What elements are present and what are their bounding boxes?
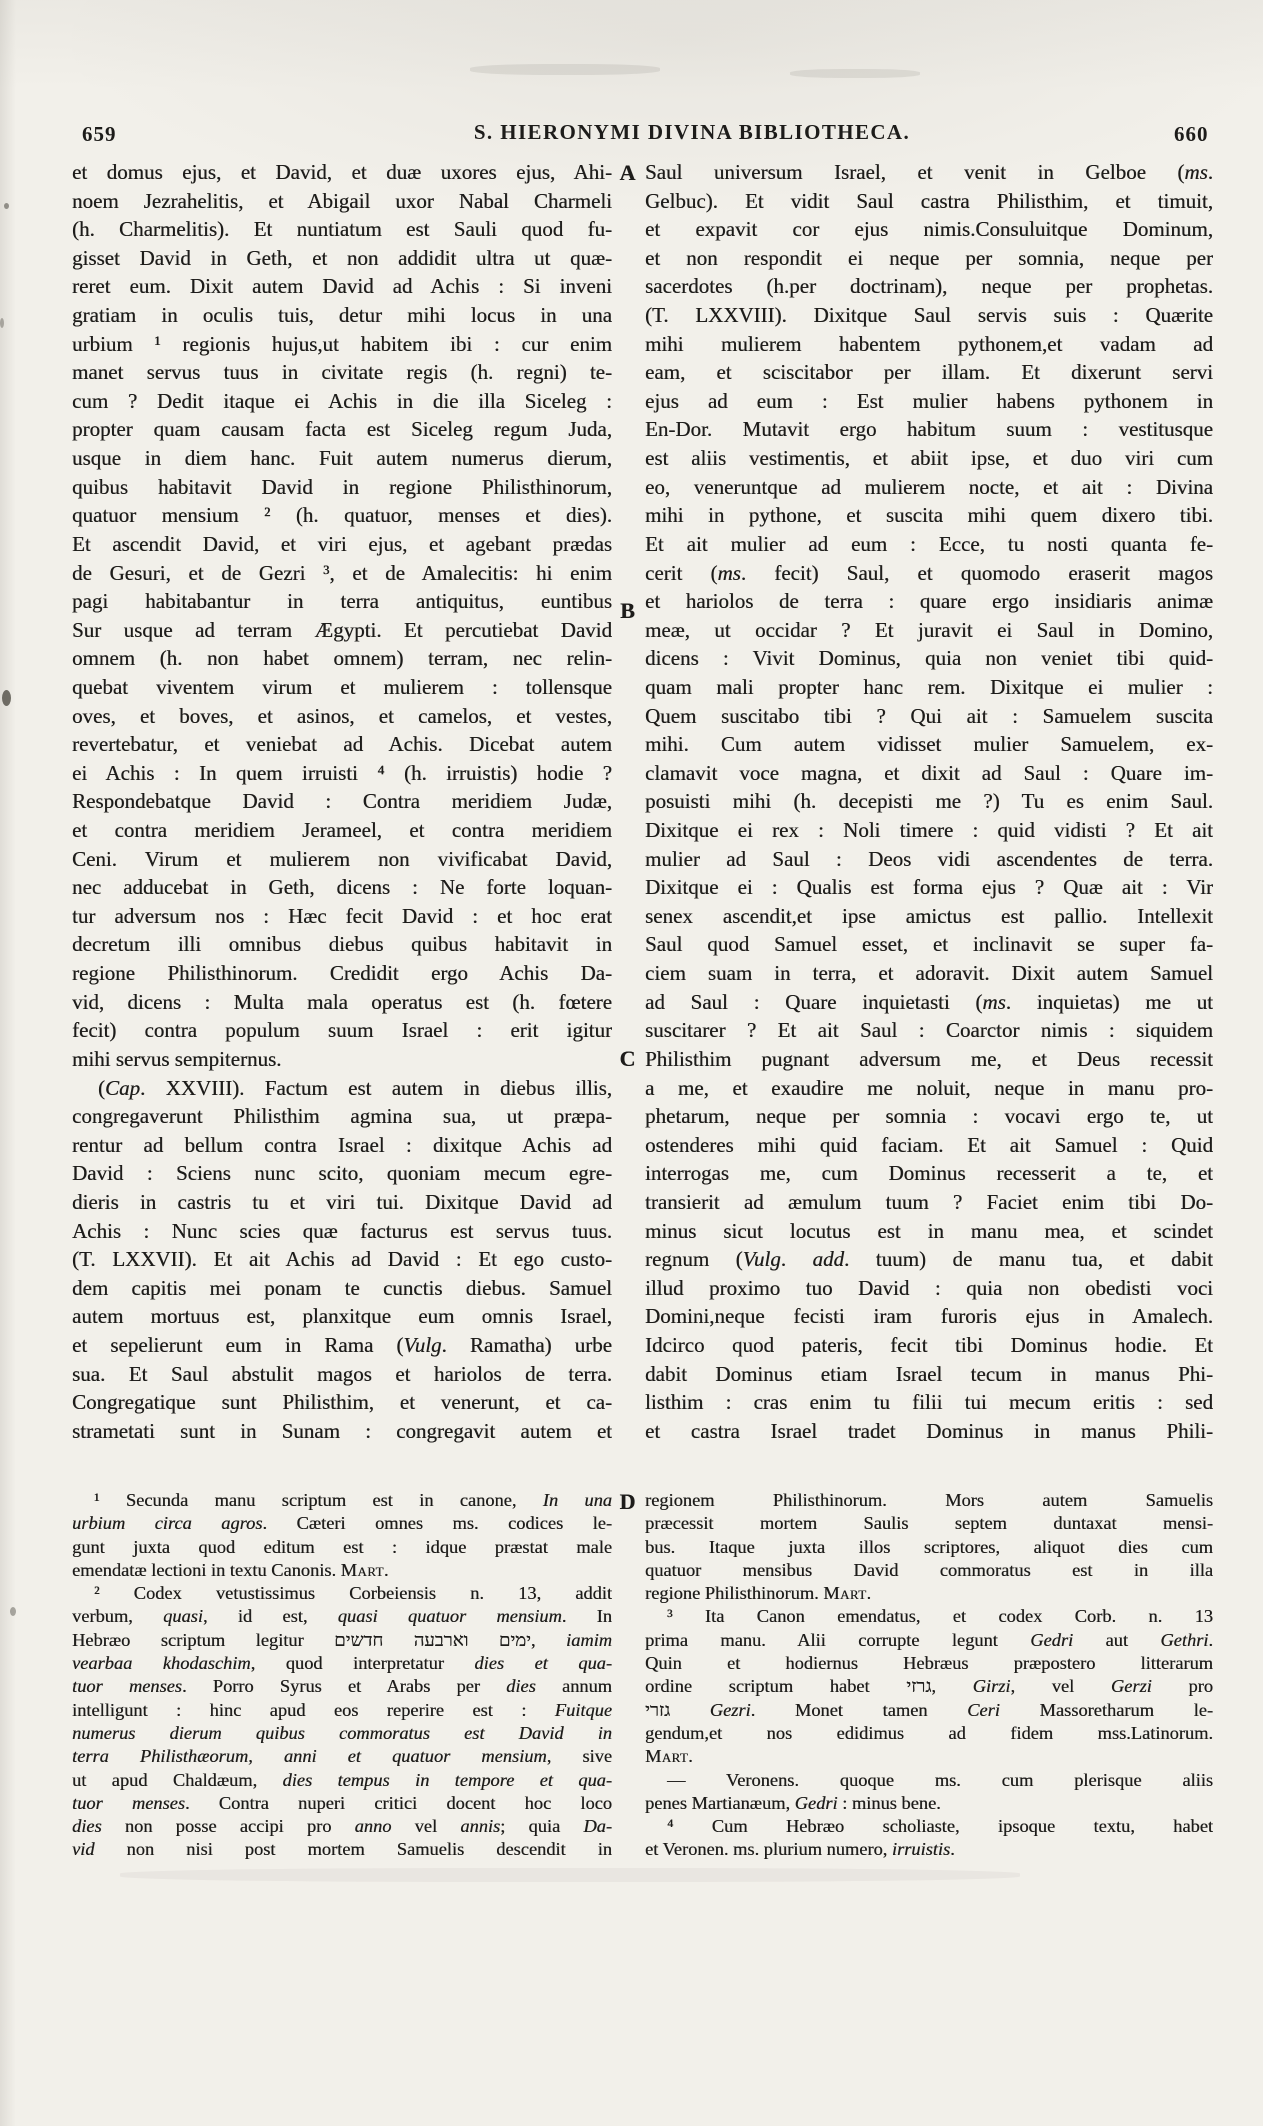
text-line: fecit) contra populum suum Israel : erit…: [72, 1016, 612, 1045]
text-line: nec adducebat in Geth, dicens : Ne forte…: [72, 873, 612, 902]
scan-smudge: [470, 64, 660, 75]
text-line: propter quam causam facta est Siceleg re…: [72, 415, 612, 444]
text-line: terra Philisthæorum, anni et quatuor men…: [72, 1745, 612, 1768]
text-line: transierit ad æmulum tuum ? Faciet enim …: [645, 1188, 1213, 1217]
text-line: et hariolos de terra : quare ergo insidi…: [645, 587, 1213, 616]
text-line: suscitarer ? Et ait Saul : Coarctor nimi…: [645, 1016, 1213, 1045]
text-line: mihi servus sempiternus.: [72, 1045, 612, 1074]
text-line: tur adversum nos : Hæc fecit David : et …: [72, 902, 612, 931]
text-line: et expavit cor ejus nimis.Consuluitque D…: [645, 215, 1213, 244]
text-line: numerus dierum quibus commoratus est Dav…: [72, 1722, 612, 1745]
text-line: senex ascendit,et ipse amictus est palli…: [645, 902, 1213, 931]
main-text-right-column: Saul universum Israel, et venit in Gelbo…: [645, 158, 1213, 1445]
text-line: regionem Philisthinorum. Mors autem Samu…: [645, 1489, 1213, 1512]
text-line: dicens : Vivit Dominus, quia non veniet …: [645, 644, 1213, 673]
text-line: autem mortuus est, planxitque eum omnis …: [72, 1302, 612, 1331]
text-line: prima manu. Alii corrupte legunt Gedri a…: [645, 1629, 1213, 1652]
text-line: (T. LXXVIII). Dixitque Saul servis suis …: [645, 301, 1213, 330]
text-line: quam mali propter hanc rem. Dixitque ei …: [645, 673, 1213, 702]
main-text-left-column: et domus ejus, et David, et duæ uxores e…: [72, 158, 612, 1445]
text-line: tuor menses. Contra nuperi critici docen…: [72, 1792, 612, 1815]
scan-smudge: [120, 1868, 1020, 1882]
text-line: En-Dor. Mutavit ergo habitum suum : vest…: [645, 415, 1213, 444]
section-marker-b: B: [614, 598, 641, 624]
text-line: Quem suscitabo tibi ? Qui ait : Samuelem…: [645, 702, 1213, 731]
text-line: cum ? Dedit itaque ei Achis in die illa …: [72, 387, 612, 416]
text-line: congregaverunt Philisthim agmina sua, ut…: [72, 1102, 612, 1131]
text-line: decretum illi omnibus diebus quibus habi…: [72, 930, 612, 959]
scan-smudge: [790, 69, 920, 78]
text-line: quatuor mensium ² (h. quatuor, menses et…: [72, 501, 612, 530]
text-line: penes Martianæum, Gedri : minus bene.: [645, 1792, 1213, 1815]
section-marker-d: D: [614, 1489, 641, 1515]
text-line: bus. Itaque juxta illos scriptores, aliq…: [645, 1536, 1213, 1559]
scanned-book-page: 659 S. HIERONYMI DIVINA BIBLIOTHECA. 660…: [0, 0, 1263, 2126]
text-line: (T. LXXVII). Et ait Achis ad David : Et …: [72, 1245, 612, 1274]
text-line: omnem (h. non habet omnem) terram, nec r…: [72, 644, 612, 673]
scan-speck: [2, 690, 11, 706]
text-line: quebat viventem virum et mulierem : toll…: [72, 673, 612, 702]
text-line: regione Philisthinorum. Credidit ergo Ac…: [72, 959, 612, 988]
text-line: dem capitis mei ponam te cunctis diebus.…: [72, 1274, 612, 1303]
text-line: Ceni. Virum et mulierem non vivificabat …: [72, 845, 612, 874]
text-line: mihi mulierem habentem pythonem,et vadam…: [645, 330, 1213, 359]
text-line: mihi in pythone, et suscita mihi quem di…: [645, 501, 1213, 530]
footnotes-left-column: ¹ Secunda manu scriptum est in canone, I…: [72, 1489, 612, 1862]
text-line: regione Philisthinorum. Mart.: [645, 1582, 1213, 1605]
column-number-right: 660: [1174, 122, 1209, 147]
text-line: gendum,et nos edidimus ad fidem mss.Lati…: [645, 1722, 1213, 1745]
text-line: ³ Ita Canon emendatus, et codex Corb. n.…: [645, 1605, 1213, 1628]
text-line: ei Achis : In quem irruisti ⁴ (h. irruis…: [72, 759, 612, 788]
text-line: et sepelierunt eum in Rama (Vulg. Ramath…: [72, 1331, 612, 1360]
text-line: Dixitque ei : Qualis est forma ejus ? Qu…: [645, 873, 1213, 902]
text-line: Gelbuc). Et vidit Saul castra Philisthim…: [645, 187, 1213, 216]
text-line: strametati sunt in Sunam : congregavit a…: [72, 1417, 612, 1446]
text-line: manet servus tuus in civitate regis (h. …: [72, 358, 612, 387]
scan-speck: [10, 1607, 16, 1616]
text-line: ejus ad eum : Est mulier habens pythonem…: [645, 387, 1213, 416]
text-line: pagi habitabantur in terra antiquitus, e…: [72, 587, 612, 616]
text-line: urbium ¹ regionis hujus,ut habitem ibi :…: [72, 330, 612, 359]
text-line: sacerdotes (h.per doctrinam), neque per …: [645, 272, 1213, 301]
text-line: gunt juxta quod editum est : idque præst…: [72, 1536, 612, 1559]
text-line: ciem suam in terra, et adoravit. Dixit a…: [645, 959, 1213, 988]
text-line: est aliis vestimentis, et abiit ipse, et…: [645, 444, 1213, 473]
text-line: dies non posse accipi pro anno vel annis…: [72, 1815, 612, 1838]
text-line: Saul universum Israel, et venit in Gelbo…: [645, 158, 1213, 187]
text-line: Sur usque ad terram Ægypti. Et percutieb…: [72, 616, 612, 645]
text-line: clamavit voce magna, et dixit ad Saul : …: [645, 759, 1213, 788]
text-line: mihi. Cum autem vidisset mulier Samuelem…: [645, 730, 1213, 759]
text-line: vid, dicens : Multa mala operatus est (h…: [72, 988, 612, 1017]
text-line: Congregatique sunt Philisthim, et veneru…: [72, 1388, 612, 1417]
running-title: S. HIERONYMI DIVINA BIBLIOTHECA.: [474, 120, 910, 145]
section-marker-c: C: [614, 1046, 641, 1072]
text-line: vid non nisi post mortem Samuelis descen…: [72, 1838, 612, 1861]
text-line: Respondebatque David : Contra meridiem J…: [72, 787, 612, 816]
text-line: gisset David in Geth, et non addidit ult…: [72, 244, 612, 273]
text-line: mulier ad Saul : Deos vidi ascendentes d…: [645, 845, 1213, 874]
text-line: et domus ejus, et David, et duæ uxores e…: [72, 158, 612, 187]
text-line: reret eum. Dixit autem David ad Achis : …: [72, 272, 612, 301]
text-line: quibus habitavit David in regione Philis…: [72, 473, 612, 502]
text-line: (Cap. XXVIII). Factum est autem in diebu…: [72, 1074, 612, 1103]
text-line: Domini,neque fecisti iram furoris ejus i…: [645, 1302, 1213, 1331]
footnotes-right-column: regionem Philisthinorum. Mors autem Samu…: [645, 1489, 1213, 1862]
text-line: dieris in castris tu et viri tui. Dixitq…: [72, 1188, 612, 1217]
text-line: verbum, quasi, id est, quasi quatuor men…: [72, 1605, 612, 1628]
text-line: posuisti mihi (h. decepisti me ?) Tu es …: [645, 787, 1213, 816]
text-line: David : Sciens nunc scito, quoniam mecum…: [72, 1159, 612, 1188]
text-line: vearbaa khodaschim, quod interpretatur d…: [72, 1652, 612, 1675]
text-line: emendatæ lectioni in textu Canonis. Mart…: [72, 1559, 612, 1582]
text-line: cerit (ms. fecit) Saul, et quomodo erase…: [645, 559, 1213, 588]
text-line: et non respondit ei neque per somnia, ne…: [645, 244, 1213, 273]
text-line: Saul quod Samuel esset, et inclinavit se…: [645, 930, 1213, 959]
text-line: ² Codex vetustissimus Corbeiensis n. 13,…: [72, 1582, 612, 1605]
text-line: phetarum, neque per somnia : vocavi ergo…: [645, 1102, 1213, 1131]
text-line: illud proximo tuo David : quia non obedi…: [645, 1274, 1213, 1303]
text-line: Dixitque ei rex : Noli timere : quid vid…: [645, 816, 1213, 845]
text-line: Philisthim pugnant adversum me, et Deus …: [645, 1045, 1213, 1074]
scan-speck: [4, 203, 9, 209]
text-line: urbium circa agros. Cæteri omnes ms. cod…: [72, 1512, 612, 1535]
text-line: ad Saul : Quare inquietasti (ms. inquiet…: [645, 988, 1213, 1017]
text-line: ut apud Chaldæum, dies tempus in tempore…: [72, 1769, 612, 1792]
text-line: Idcirco quod pateris, fecit tibi Dominus…: [645, 1331, 1213, 1360]
text-line: ⁴ Cum Hebræo scholiaste, ipsoque textu, …: [645, 1815, 1213, 1838]
scan-speck: [0, 318, 4, 328]
text-line: listhim : cras enim tu filii tui mecum e…: [645, 1388, 1213, 1417]
text-line: meæ, ut occidar ? Et juravit ei Saul in …: [645, 616, 1213, 645]
text-line: eam, et sciscitabor per illam. Et dixeru…: [645, 358, 1213, 387]
text-line: a me, et exaudire me noluit, neque in ma…: [645, 1074, 1213, 1103]
text-line: rentur ad bellum contra Israel : dixitqu…: [72, 1131, 612, 1160]
text-line: גזרי Gezri. Monet tamen Ceri Massorethar…: [645, 1699, 1213, 1722]
text-line: regnum (Vulg. add. tuum) de manu tua, et…: [645, 1245, 1213, 1274]
text-line: minus sicut locutus est in manu mea, et …: [645, 1217, 1213, 1246]
text-line: gratiam in oculis tuis, detur mihi locus…: [72, 301, 612, 330]
text-line: oves, et boves, et asinos, et camelos, e…: [72, 702, 612, 731]
text-line: tuor menses. Porro Syrus et Arabs per di…: [72, 1675, 612, 1698]
text-line: — Veronens. quoque ms. cum plerisque ali…: [645, 1769, 1213, 1792]
text-line: ¹ Secunda manu scriptum est in canone, I…: [72, 1489, 612, 1512]
section-marker-a: A: [614, 160, 641, 186]
text-line: Hebræo scriptum legitur ימים וארבעה חדשי…: [72, 1629, 612, 1652]
text-line: præcessit mortem Saulis septem duntaxat …: [645, 1512, 1213, 1535]
column-number-left: 659: [82, 122, 117, 147]
text-line: Et ait mulier ad eum : Ecce, tu nosti qu…: [645, 530, 1213, 559]
text-line: Mart.: [645, 1745, 1213, 1768]
text-line: revertebatur, et veniebat ad Achis. Dice…: [72, 730, 612, 759]
text-line: (h. Charmelitis). Et nuntiatum est Sauli…: [72, 215, 612, 244]
text-line: et Veronen. ms. plurium numero, irruisti…: [645, 1838, 1213, 1861]
text-line: sua. Et Saul abstulit magos et hariolos …: [72, 1360, 612, 1389]
text-line: quatuor mensibus David commoratus est in…: [645, 1559, 1213, 1582]
text-line: eo, veneruntque ad mulierem nocte, et ai…: [645, 473, 1213, 502]
text-line: ostenderes mihi quid faciam. Et ait Samu…: [645, 1131, 1213, 1160]
text-line: et contra meridiem Jerameel, et contra m…: [72, 816, 612, 845]
text-line: intelligunt : hinc apud eos reperire est…: [72, 1699, 612, 1722]
text-line: et castra Israel tradet Dominus in manus…: [645, 1417, 1213, 1446]
text-line: de Gesuri, et de Gezri ³, et de Amalecit…: [72, 559, 612, 588]
text-line: noem Jezrahelitis, et Abigail uxor Nabal…: [72, 187, 612, 216]
text-line: Quin et hodiernus Hebræus præpostero lit…: [645, 1652, 1213, 1675]
text-line: interrogas me, cum Dominus recesserit a …: [645, 1159, 1213, 1188]
text-line: Et ascendit David, et viri ejus, et ageb…: [72, 530, 612, 559]
text-line: Achis : Nunc scies quæ facturus est serv…: [72, 1217, 612, 1246]
text-line: ordine scriptum habet גרזי, Girzi, vel G…: [645, 1675, 1213, 1698]
text-line: usque in diem hanc. Fuit autem numerus d…: [72, 444, 612, 473]
text-line: dabit Dominus etiam Israel tecum in manu…: [645, 1360, 1213, 1389]
